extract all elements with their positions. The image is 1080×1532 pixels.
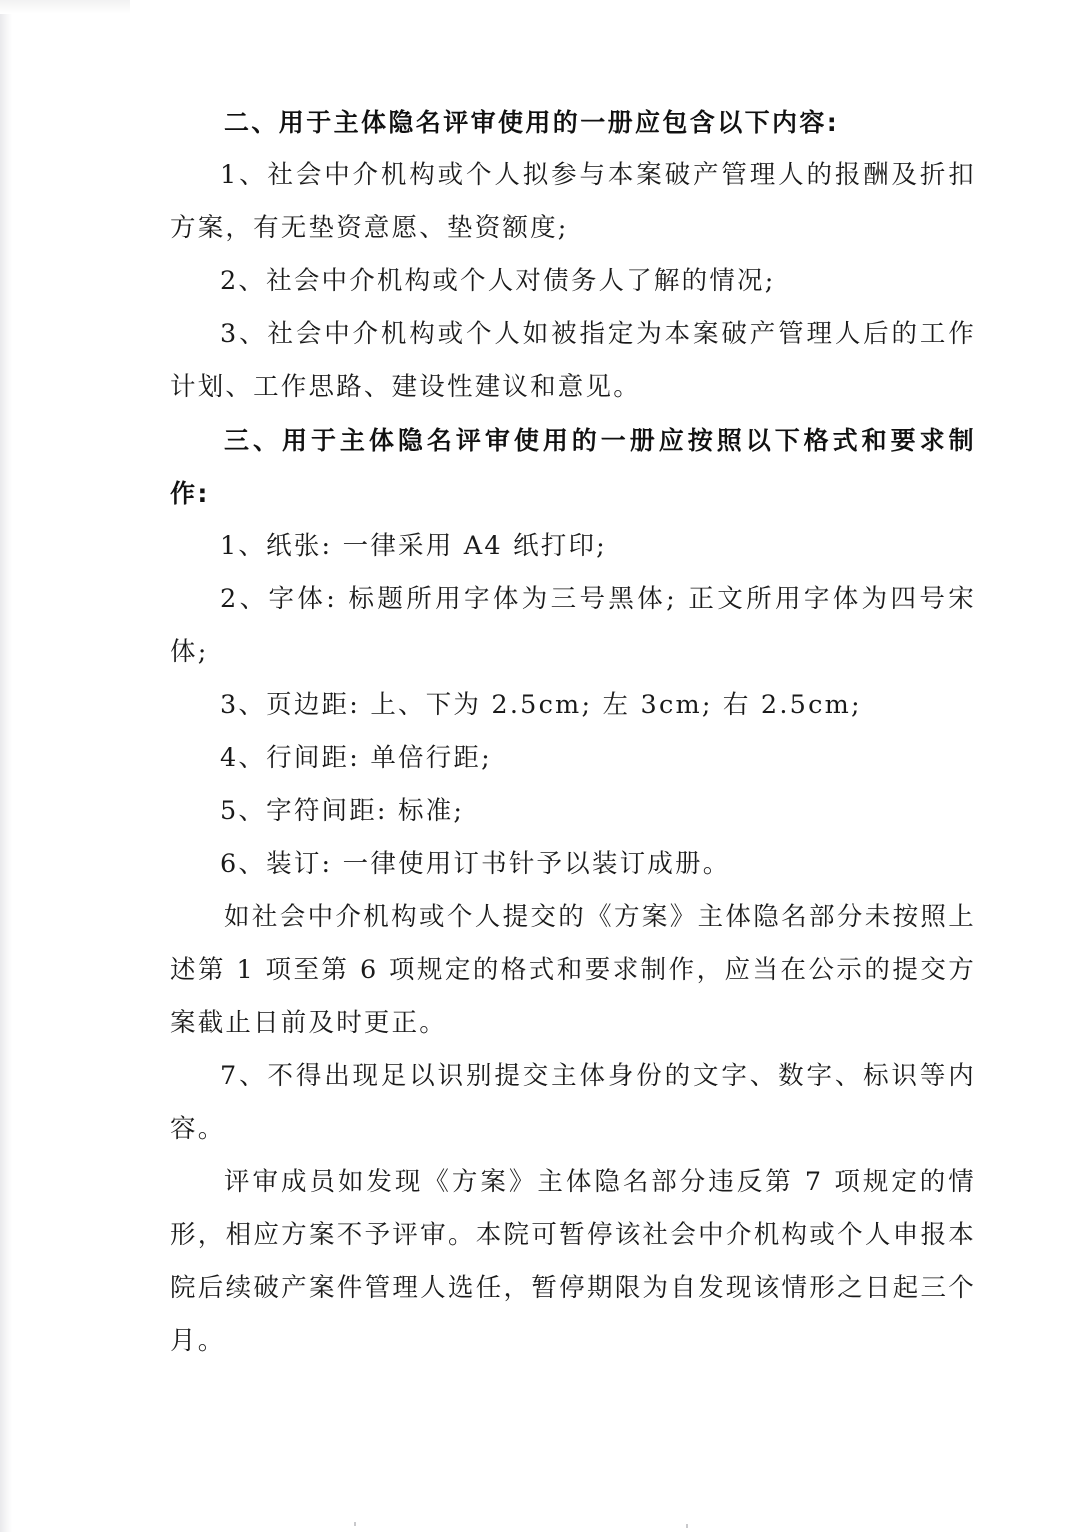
format-item-line-spacing: 4、行间距: 单倍行距; (170, 732, 976, 785)
document-page: 二、用于主体隐名评审使用的一册应包含以下内容: 1、社会中介机构或个人拟参与本案… (170, 96, 976, 1368)
scan-speck (686, 1524, 688, 1528)
scan-speck (354, 1522, 356, 1526)
format-item-font: 2、字体: 标题所用字体为三号黑体; 正文所用字体为四号宋体; (170, 573, 976, 679)
format-item-anonymity: 7、不得出现足以识别提交主体身份的文字、数字、标识等内容。 (170, 1050, 976, 1156)
violation-paragraph: 评审成员如发现《方案》主体隐名部分违反第 7 项规定的情形，相应方案不予评审。本… (170, 1156, 976, 1368)
format-item-margins: 3、页边距: 上、下为 2.5cm; 左 3cm; 右 2.5cm; (170, 679, 976, 732)
scan-shadow-left (0, 0, 12, 1532)
section-2-item-3: 3、社会中介机构或个人如被指定为本案破产管理人后的工作计划、工作思路、建设性建议… (170, 308, 976, 414)
scan-shadow-top (0, 0, 130, 14)
correction-paragraph: 如社会中介机构或个人提交的《方案》主体隐名部分未按照上述第 1 项至第 6 项规… (170, 891, 976, 1050)
section-2-item-2: 2、社会中介机构或个人对债务人了解的情况; (170, 255, 976, 308)
section-heading-3: 三、用于主体隐名评审使用的一册应按照以下格式和要求制作: (170, 414, 976, 520)
format-item-char-spacing: 5、字符间距: 标准; (170, 785, 976, 838)
section-2-item-1: 1、社会中介机构或个人拟参与本案破产管理人的报酬及折扣方案，有无垫资意愿、垫资额… (170, 149, 976, 255)
section-heading-2: 二、用于主体隐名评审使用的一册应包含以下内容: (170, 96, 976, 149)
format-item-binding: 6、装订: 一律使用订书针予以装订成册。 (170, 838, 976, 891)
format-item-paper: 1、纸张: 一律采用 A4 纸打印; (170, 520, 976, 573)
